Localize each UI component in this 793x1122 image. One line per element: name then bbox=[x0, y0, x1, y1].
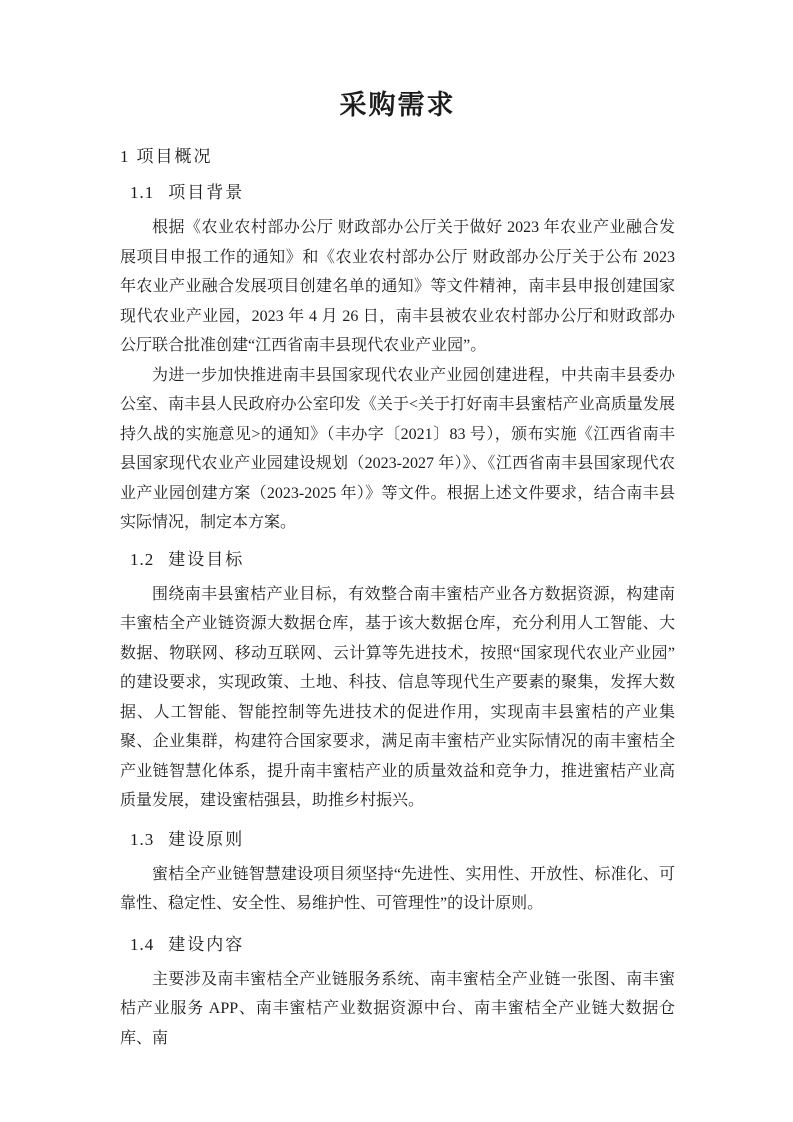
section-heading-1-4: 1.4建设内容 bbox=[130, 934, 675, 956]
document-title: 采购需求 bbox=[120, 88, 675, 122]
section-heading-label: 项目概况 bbox=[137, 147, 213, 166]
section-heading-label: 建设原则 bbox=[168, 830, 244, 849]
section-number: 1.1 bbox=[130, 183, 154, 202]
section-number: 1 bbox=[120, 147, 130, 166]
section-heading-label: 项目背景 bbox=[168, 183, 244, 202]
section-number: 1.3 bbox=[130, 830, 154, 849]
section-number: 1.4 bbox=[130, 935, 154, 954]
paragraph-construction-principles: 蜜桔全产业链智慧建设项目须坚持“先进性、实用性、开放性、标准化、可靠性、稳定性、… bbox=[120, 860, 675, 919]
section-number: 1.2 bbox=[130, 550, 154, 569]
section-heading-1-3: 1.3建设原则 bbox=[130, 829, 675, 851]
section-heading-1-1: 1.1项目背景 bbox=[130, 182, 675, 204]
section-heading-label: 建设内容 bbox=[168, 935, 244, 954]
paragraph-construction-goal: 围绕南丰县蜜桔产业目标，有效整合南丰蜜桔产业各方数据资源，构建南丰蜜桔全产业链资… bbox=[120, 580, 675, 816]
section-heading-label: 建设目标 bbox=[168, 550, 244, 569]
paragraph-project-background-2: 为进一步加快推进南丰县国家现代农业产业园创建进程，中共南丰县委办公室、南丰县人民… bbox=[120, 361, 675, 538]
paragraph-construction-content: 主要涉及南丰蜜桔全产业链服务系统、南丰蜜桔全产业链一张图、南丰蜜桔产业服务 AP… bbox=[120, 965, 675, 1054]
section-heading-1: 1项目概况 bbox=[120, 146, 675, 168]
section-heading-1-2: 1.2建设目标 bbox=[130, 549, 675, 571]
paragraph-project-background-1: 根据《农业农村部办公厅 财政部办公厅关于做好 2023 年农业产业融合发展项目申… bbox=[120, 213, 675, 361]
document-page: 采购需求 1项目概况 1.1项目背景 根据《农业农村部办公厅 财政部办公厅关于做… bbox=[0, 0, 793, 1122]
